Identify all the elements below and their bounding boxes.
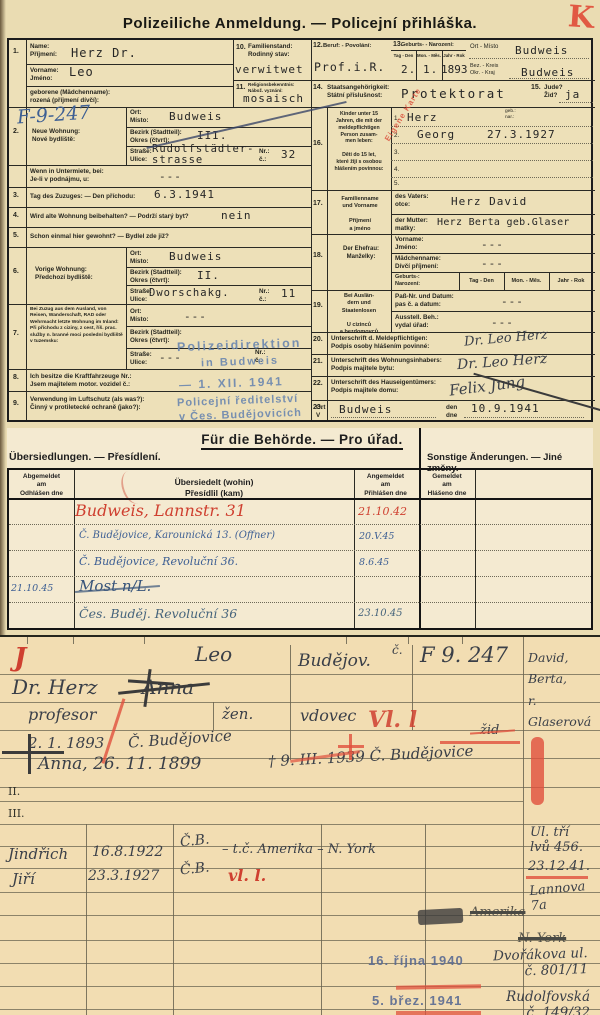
red-underline — [526, 876, 588, 879]
col-label-jahr: Jahr - Rok — [549, 278, 593, 285]
field-label-ort: Ort: Místo: — [130, 308, 149, 325]
resettlement-date-registered: 20.V.45 — [359, 531, 394, 542]
line — [126, 304, 127, 369]
line — [408, 637, 409, 644]
field-label-den23: den dne — [446, 404, 457, 421]
left-heading: Übersiedlungen. — Přesídlení. — [9, 451, 161, 463]
line — [9, 227, 311, 228]
child-note: Č.B. — [179, 860, 210, 879]
line — [26, 64, 233, 65]
date-stamp-1941: 5. břez. 1941 — [372, 993, 462, 1008]
line — [9, 602, 591, 603]
line — [0, 801, 523, 802]
row-number: 18. — [313, 252, 323, 259]
entry-wife-death: † 9. III. 1939 Č. Budějovice — [268, 742, 474, 771]
field-label-strasse: Straße: Ulice: — [130, 148, 152, 165]
section-title-wrap: Für die Behörde. — Pro úřad. — [157, 431, 447, 450]
field-label-alte-wohnung: Wird alte Wohnung beibehalten? — Podrží … — [30, 213, 189, 221]
field-value-untermiete: --- — [159, 170, 182, 183]
child-row: 3. — [391, 144, 593, 161]
line — [346, 637, 347, 644]
line — [559, 102, 593, 103]
line — [233, 80, 595, 81]
field-label-ehefrau: Der Ehefrau: Manželky: — [335, 246, 387, 262]
field-label-neue-wohnung: Neue Wohnung: Nové bydliště: — [32, 128, 80, 145]
field-label-strasse: Straße: Ulice: — [130, 351, 152, 368]
scanned-registration-form: Polizeiliche Anmeldung. — Policejní přih… — [0, 0, 600, 1015]
row-number: 6. — [13, 268, 19, 275]
row-number: 5. — [13, 232, 19, 239]
field-label-kinder: Kinder unter 15 Jahren, die mit der meld… — [329, 111, 389, 173]
child-birthdate: 23.3.1927 — [88, 868, 159, 884]
field-value-familienstand: verwitwet — [235, 63, 304, 76]
resettlement-table: Abgemeldet am Odhlášen dne Übersiedelt (… — [7, 468, 593, 630]
resettlement-destination: Č. Budějovice, Karounická 13. (Offner) — [79, 530, 275, 541]
field-label-unterschrift-wohnungsinhaber: Unterschrift des Wohnungsinhabers: Podpi… — [331, 357, 442, 374]
row-number: 12. — [313, 42, 323, 49]
line — [311, 376, 595, 377]
child-index: 5. — [394, 180, 399, 188]
resettlement-date-deregistered: 21.10.45 — [11, 583, 53, 594]
red-underline — [396, 1011, 481, 1015]
field-label-auslaender: Bei Auslän- dern und Staatenlosen U cizi… — [329, 293, 389, 337]
field-value-zuzug: 6.3.1941 — [154, 188, 215, 201]
resettlement-destination: Čes. Buděj. Revoluční 36 — [79, 606, 237, 621]
entry-place: Budějov. — [298, 651, 371, 671]
scribble-blot — [418, 908, 464, 925]
anmeldung-card: 1. 2. 3. 4. 5. 6. 7. 8. 9. 10. 11. 12. 1… — [7, 38, 593, 422]
child-index: 3. — [394, 149, 399, 157]
line — [331, 417, 436, 418]
line — [0, 940, 600, 941]
field-value-ort: Budweis — [169, 110, 222, 123]
child-row: 1. Herz — [391, 110, 593, 127]
field-label-vorname: Vorname: Jméno: — [30, 67, 59, 84]
child-row: 4. — [391, 161, 593, 178]
line — [0, 892, 600, 893]
line — [9, 107, 595, 108]
entry-file-number: F 9. 247 — [420, 643, 508, 667]
field-label-pass: Paß-Nr. und Datum: pas č. a datum: — [395, 293, 454, 310]
entry-wife: Anna, 26. 11. 1899 — [38, 754, 201, 774]
child-note-destination: – t.č. Amerika – N. York — [222, 842, 376, 857]
address-entry: Ul. tří lvů 456. — [530, 825, 583, 855]
field-value-vorname: Leo — [69, 65, 94, 79]
field-label-zuzug: Tag des Zuzuges: — Den příchodu: — [30, 193, 135, 201]
row-number: 3. — [13, 192, 19, 199]
line — [391, 214, 595, 215]
field-label-vater: des Vaters: otce: — [395, 193, 429, 210]
handwritten-file-code: F-9-247 — [16, 101, 91, 128]
resettlement-date-registered: 23.10.45 — [358, 608, 403, 619]
child-name: Jiří — [12, 870, 35, 888]
field-label-geburt: Geburts- - Narození: — [401, 42, 454, 49]
field-value-name: Herz Dr. — [71, 46, 137, 60]
row-number: 2. — [13, 128, 19, 135]
field-label-geburtsort: Ort - Místo — [470, 44, 498, 52]
child-birthdate: 27.3.1927 — [487, 128, 556, 141]
line — [311, 234, 595, 235]
field-value-geburtsort: Budweis — [515, 44, 568, 57]
child-row: 5. — [391, 178, 593, 190]
line — [327, 107, 328, 420]
line — [126, 326, 311, 327]
field-value-beruf: Prof.i.R. — [314, 60, 385, 74]
field-label-ort: Ort: Místo: — [130, 250, 149, 267]
field-value-ort: Budweis — [169, 250, 222, 263]
line — [173, 824, 174, 1015]
field-value-mutter: Herz Berta geb.Glaser — [437, 217, 570, 228]
row-number: 20. — [313, 336, 323, 343]
line — [26, 86, 233, 87]
line — [391, 272, 595, 273]
row-number: 19. — [313, 302, 323, 309]
col-label-tag: Tag - Den — [459, 278, 504, 285]
line — [0, 986, 600, 987]
child-name: Herz — [407, 111, 438, 124]
old-registration-card: J Leo Budějov. č. F 9. 247 David, Berta,… — [0, 635, 600, 1015]
entry-occupation: profesor — [28, 705, 96, 724]
row-number: 22. — [313, 380, 323, 387]
police-stamp-line5: v Čes. Budějovicích — [179, 407, 302, 423]
field-label-untermiete: Wenn in Untermiete, bei: Je-li v podnájm… — [30, 168, 104, 185]
crossed-out-entry: Amerika — [470, 905, 525, 920]
field-value-religion: mosaisch — [243, 92, 304, 105]
line — [233, 40, 234, 107]
line — [391, 50, 466, 51]
field-label-wife-vorname: Vorname: Jméno: — [395, 236, 424, 253]
field-value-bezirk: II. — [197, 269, 220, 282]
row-number: 21. — [313, 358, 323, 365]
field-label-bezirk: Bezirk (Stadtteil): Okres (čtvrt): — [130, 269, 182, 286]
line — [126, 247, 127, 304]
row-number: 14. — [313, 84, 323, 91]
behoerde-section: Für die Behörde. — Pro úřad. Übersiedlun… — [7, 428, 593, 630]
field-label-ort23: Ort V — [316, 404, 325, 421]
field-label-ort: Ort: Místo: — [130, 109, 149, 126]
date-entry: 23.12.41. — [528, 859, 590, 874]
line — [464, 417, 584, 418]
crossed-out-entry: N. York — [518, 931, 566, 946]
line — [9, 391, 311, 392]
col-label-tag: Tag - Den — [391, 53, 416, 59]
field-value-jude: ja — [565, 88, 580, 101]
field-label-mutter: der Mutter: matky: — [395, 217, 428, 234]
field-label-vorige-wohnung: Vorige Wohnung: Předchozí bydliště: — [35, 266, 93, 283]
child-birthdate: 16.8.1922 — [92, 844, 163, 860]
line — [475, 470, 476, 628]
line — [9, 207, 311, 208]
resettlement-destination: Č. Budějovice, Revoluční 36. — [79, 555, 238, 568]
col-header-uebersiedelt: Übersiedelt (wohin) Přesídlil (kam) — [74, 477, 354, 499]
field-value-hausnr: 11 — [281, 287, 296, 300]
field-label-unterschrift-meldepflichtiger: Unterschrift d. Meldepflichtigen: Podpis… — [331, 335, 429, 352]
line — [9, 369, 311, 370]
entry-surname: Dr. Herz — [12, 675, 98, 699]
field-value-vater: Herz David — [451, 195, 527, 208]
field-value-wife-maedchenname: --- — [481, 257, 504, 270]
field-value-ort23: Budweis — [339, 403, 392, 416]
field-label-kreis: Bez. - Kreis Okr. - Kraj — [470, 63, 498, 78]
row-number: 16. — [313, 140, 323, 147]
field-label-name: Name: Příjmení: — [30, 43, 57, 60]
address-entry: Dvořákova ul. č. 801/11 — [477, 945, 588, 981]
field-value-geburt-mon: 1. — [423, 63, 438, 76]
field-label-ausstell: Ausstell. Beh.: vydal úřad: — [395, 314, 439, 331]
roman-numeral-ii: II. — [8, 785, 20, 798]
row-number: 17. — [313, 200, 323, 207]
field-label-bezirk: Bezirk (Stadtteil): Okres (čtvrt): — [130, 329, 182, 346]
red-underline — [396, 984, 481, 989]
date-stamp-1940: 16. října 1940 — [368, 953, 464, 968]
col-header-gemeldet: Gemeldet am Hlášeno dne — [419, 473, 475, 498]
row-number: 9. — [13, 400, 19, 407]
line — [469, 58, 589, 59]
section-title: Für die Behörde. — Pro úřad. — [201, 432, 403, 450]
child-red-note: vl. l. — [228, 866, 266, 885]
page-title: Polizeiliche Anmeldung. — Policejní přih… — [60, 15, 540, 32]
line — [0, 702, 600, 703]
child-index: 4. — [394, 166, 399, 174]
resettlement-date-registered: 8.6.45 — [359, 557, 389, 568]
roman-numeral-iii: III. — [8, 807, 25, 820]
line — [0, 787, 600, 788]
field-label-beruf: Beruf: - Povolání: — [323, 43, 371, 51]
entry-firstname: Leo — [195, 642, 232, 666]
row-number: 15. — [531, 84, 541, 91]
line — [311, 354, 595, 355]
col-label-jahr: Jahr - Rok — [442, 53, 466, 59]
black-cross-stroke — [28, 734, 31, 774]
line — [126, 107, 127, 165]
child-note: Č.B. — [179, 832, 210, 851]
entry-parents: David, Berta, r. Glaserová — [528, 647, 600, 732]
field-label-luftschutz: Verwendung im Luftschutz (als was?): Čin… — [30, 396, 144, 413]
field-label-unterschrift-hauseigentuemer: Unterschrift des Hauseigentümers: Podpis… — [331, 379, 436, 396]
line — [311, 40, 312, 420]
field-value-geburt-tag: 2. — [401, 63, 416, 76]
line — [73, 637, 74, 644]
line — [311, 190, 595, 191]
row-number: 10. — [236, 44, 246, 51]
field-value-ausstell: --- — [491, 316, 514, 329]
line — [213, 702, 214, 730]
line — [26, 40, 27, 420]
entry-status-widower: vdovec — [300, 706, 356, 725]
field-value-strasse: Dworschakg. — [149, 287, 230, 299]
line — [509, 78, 589, 79]
police-stamp-date: — 1. XII. 1941 — [179, 374, 284, 392]
field-label-eltern: Familienname und Vorname Příjmení a jmén… — [331, 196, 389, 233]
line — [27, 637, 28, 644]
child-name: Jindřich — [8, 845, 68, 863]
address-entry: Lannova 7a — [529, 878, 600, 914]
entry-number-label: č. — [392, 643, 403, 657]
entry-marital-zen: žen. — [222, 705, 253, 723]
row-number: 11. — [236, 84, 245, 91]
police-stamp-line1: Polizeidirektion — [177, 336, 302, 354]
field-value-geburt-jahr: 1893 — [441, 63, 468, 76]
field-label-untermiete-text: Wenn in Untermiete, bei: Je-li v podnájm… — [30, 168, 104, 183]
line — [311, 400, 595, 401]
field-value-pass: --- — [501, 295, 524, 308]
col-header-angemeldet: Angemeldet am Přihlášen dne — [354, 473, 417, 498]
line — [0, 824, 600, 825]
line — [126, 127, 311, 128]
police-stamp-line2: in Budweis — [201, 355, 279, 370]
line — [9, 524, 591, 525]
line — [311, 290, 595, 291]
child-row: 2. Georg 27.3.1927 — [391, 127, 593, 144]
red-note-vl: Vl. l — [368, 707, 417, 733]
field-value-strasse: Rudolfstädter- strasse — [152, 144, 255, 166]
field-label-schon-gewohnt: Schon einmal hier gewohnt? — Bydlel zde … — [30, 233, 169, 241]
row-number: 4. — [13, 212, 19, 219]
field-value-wife-vorname: --- — [481, 238, 504, 251]
entry-birthdate: 2. 1. 1893 — [28, 734, 104, 752]
child-name: Georg — [417, 128, 455, 141]
field-label-ausland: Bei Zuzug aus dem Ausland, von Reisen, W… — [30, 307, 124, 346]
col-label-mon: Mon. - Měs. — [416, 53, 442, 59]
field-label-familienstand: Familienstand: Rodinný stav: — [248, 43, 292, 60]
address-entry: Rudolfovská č. 149/32 — [478, 989, 590, 1015]
field-label-wife-maedchenname: Mädchenname: Dívčí příjmení: — [395, 255, 441, 272]
signature-meldepflichtiger: Dr. Leo Herz — [464, 327, 549, 349]
line — [86, 824, 87, 1015]
field-value-datum23: 10.9.1941 — [471, 402, 540, 415]
field-label-hausnr: Nr.: č.: — [259, 288, 270, 305]
row-number: 7. — [13, 330, 19, 337]
line — [391, 253, 595, 254]
red-letter-mark: J — [14, 643, 26, 673]
resettlement-destination: Budweis, Lannstr. 31 — [75, 501, 246, 520]
line — [391, 311, 595, 312]
field-label-kraftfahrzeuge: Ich besitze die Kraftfahrzeuge Nr.: Jsem… — [30, 373, 131, 390]
red-bar-mark — [531, 737, 544, 805]
field-value-ort: --- — [184, 310, 207, 323]
line — [126, 267, 311, 268]
field-label-hausnr: Nr.: č.: — [259, 148, 270, 165]
field-label-staat: Staatsangehörigkeit: Státní příslušnost: — [327, 84, 389, 101]
field-label-wife-geburt: Geburts-: Narození: — [395, 274, 420, 289]
row-number: 1. — [13, 48, 19, 55]
row-number: 8. — [13, 374, 19, 381]
line — [290, 645, 291, 760]
field-value-alte-wohnung: nein — [221, 209, 252, 222]
corner-mark-k: K — [567, 0, 595, 36]
col-header-abgemeldet: Abgemeldet am Odhlášen dne — [9, 473, 74, 498]
line — [144, 637, 145, 644]
col-label-mon: Mon. - Měs. — [504, 278, 549, 285]
resettlement-date-registered: 21.10.42 — [358, 505, 407, 518]
field-label-jude: Jude? Žid? — [544, 84, 563, 101]
line — [9, 550, 591, 551]
field-value-hausnr: 32 — [281, 148, 296, 161]
red-cross-stroke — [349, 734, 352, 760]
line — [9, 247, 311, 248]
